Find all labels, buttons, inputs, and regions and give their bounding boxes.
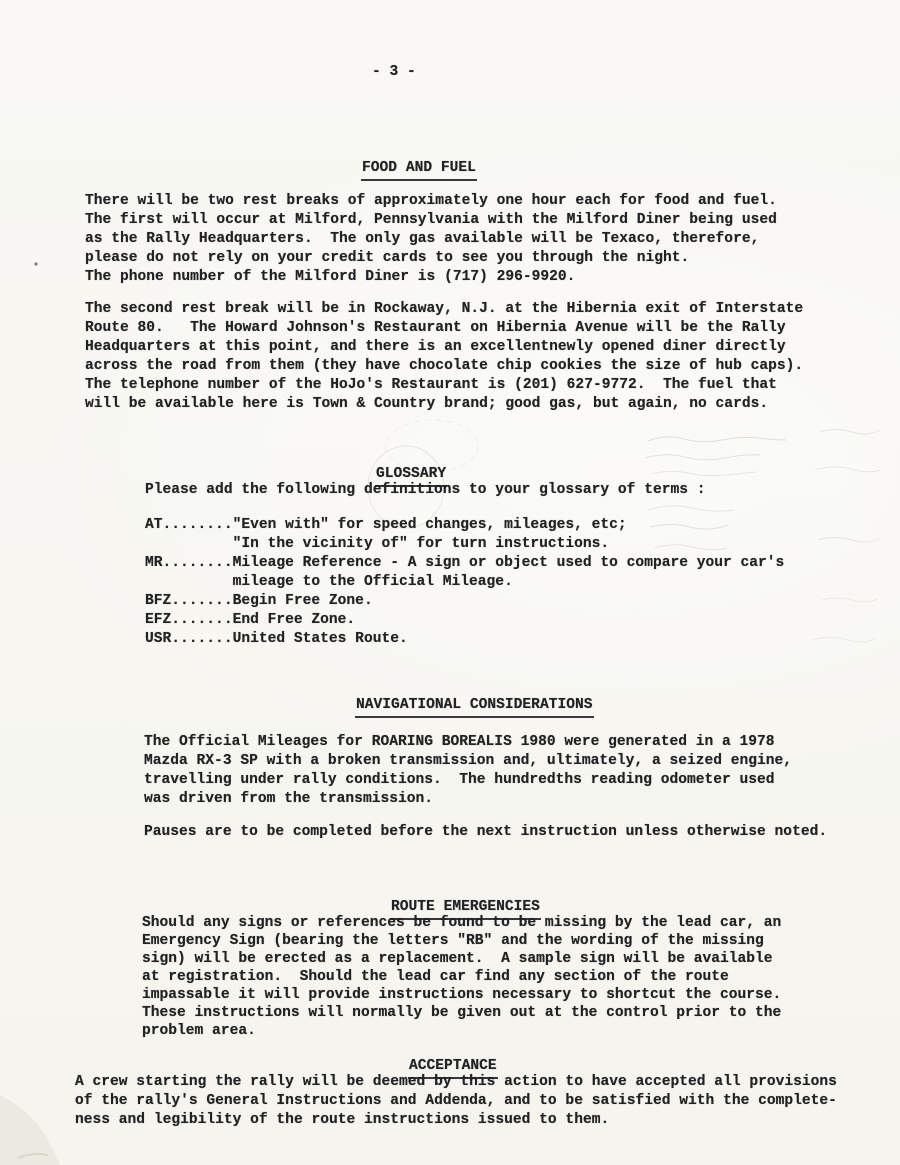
glossary-entries: AT........"Even with" for speed changes,… xyxy=(145,516,784,649)
section-heading-food-and-fuel: FOOD AND FUEL xyxy=(326,140,477,200)
page-number: - 3 - xyxy=(372,63,416,82)
navigational-paragraph-1: The Official Mileages for ROARING BOREAL… xyxy=(144,733,792,809)
corner-smudge xyxy=(0,1095,60,1165)
heading-text: NAVIGATIONAL CONSIDERATIONS xyxy=(355,696,593,718)
food-and-fuel-paragraph-1: There will be two rest breaks of approxi… xyxy=(85,192,777,287)
section-heading-navigational-considerations: NAVIGATIONAL CONSIDERATIONS xyxy=(320,677,594,737)
route-emergencies-paragraph: Should any signs or references be found … xyxy=(142,914,781,1040)
stray-ink-dot xyxy=(34,262,37,265)
navigational-paragraph-2: Pauses are to be completed before the ne… xyxy=(144,823,827,842)
glossary-intro: Please add the following definitions to … xyxy=(145,481,706,500)
food-and-fuel-paragraph-2: The second rest break will be in Rockawa… xyxy=(85,300,803,414)
acceptance-paragraph: A crew starting the rally will be deemed… xyxy=(75,1073,837,1130)
scanned-document-page: - 3 - FOOD AND FUEL There will be two re… xyxy=(0,0,900,1165)
heading-text: FOOD AND FUEL xyxy=(361,159,477,181)
